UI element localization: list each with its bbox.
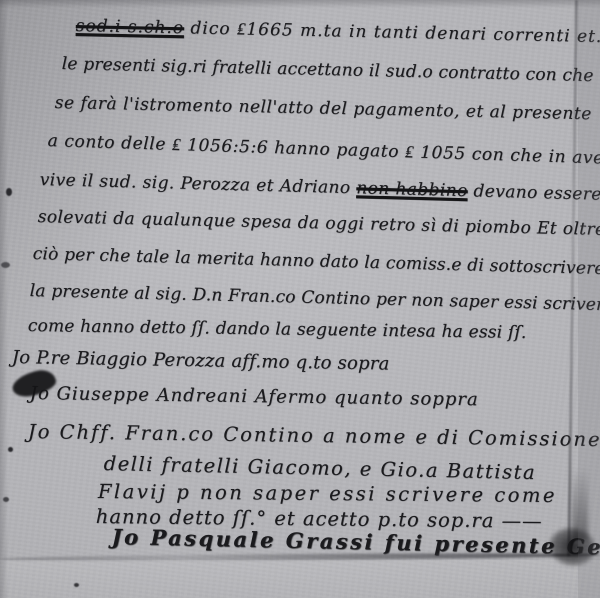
handwriting-text: devano essere — [467, 181, 600, 205]
handwriting-text: la presente al sig. D.n Fran.co Contino … — [30, 281, 600, 315]
manuscript-line: a conto delle ₤ 1056:5:6 hanno pagato ₤ … — [47, 131, 600, 168]
handwriting-text: Jo Giuseppe Andreani Afermo quanto soppr… — [30, 383, 479, 410]
manuscript-line: Jo Giuseppe Andreani Afermo quanto soppr… — [30, 383, 479, 410]
handwriting-text: come hanno detto ſſ. dando la seguente i… — [28, 316, 527, 343]
manuscript-line: la presente al sig. D.n Fran.co Contino … — [30, 281, 600, 315]
ink-speck — [6, 188, 12, 196]
handwriting-text: vive il sud. sig. Perozza et Adriano — [39, 170, 356, 198]
handwriting-text: le presenti sig.ri fratelli accettano il… — [62, 54, 594, 86]
manuscript-line: se farà l'istromento nell'atto del pagam… — [55, 93, 592, 124]
struck-text: sod.i s.ch.o — [76, 16, 185, 38]
manuscript-line: Jo Chff. Fran.co Contino a nome e di Com… — [28, 420, 600, 451]
ink-speck — [1, 262, 10, 268]
struck-text: non habbino — [356, 178, 468, 201]
handwriting-text: delli fratelli Giacomo, e Gio.a Battista — [104, 452, 537, 484]
manuscript-line: solevati da qualunque spesa da oggi retr… — [38, 207, 600, 240]
handwriting-text: dico ₤1665 m.ta in tanti denari correnti… — [184, 18, 600, 47]
handwriting-text: Jo P.re Biaggio Perozza aff.mo q.to sopr… — [12, 347, 390, 375]
manuscript-line: Jo P.re Biaggio Perozza aff.mo q.to sopr… — [12, 347, 390, 375]
manuscript-line: sod.i s.ch.o dico ₤1665 m.ta in tanti de… — [76, 16, 600, 47]
manuscript-line: le presenti sig.ri fratelli accettano il… — [62, 54, 594, 86]
manuscript-line: vive il sud. sig. Perozza et Adriano non… — [39, 170, 600, 205]
manuscript-line: come hanno detto ſſ. dando la seguente i… — [28, 316, 527, 343]
paper-edge-left — [0, 0, 8, 598]
manuscript-photo: sod.i s.ch.o dico ₤1665 m.ta in tanti de… — [0, 0, 600, 598]
handwriting-text: a conto delle ₤ 1056:5:6 hanno pagato ₤ … — [47, 131, 600, 168]
manuscript-line: delli fratelli Giacomo, e Gio.a Battista — [104, 452, 537, 484]
ink-speck — [74, 583, 79, 587]
handwriting-text: Jo Chff. Fran.co Contino a nome e di Com… — [28, 420, 600, 451]
paper-edge-top — [0, 0, 600, 8]
handwriting-text: solevati da qualunque spesa da oggi retr… — [38, 207, 600, 240]
ink-speck — [8, 447, 13, 452]
manuscript-line: Flavij p non saper essi scrivere come — [98, 480, 557, 507]
edge-ink-smear — [572, 468, 588, 540]
handwriting-text: Flavij p non saper essi scrivere come — [98, 480, 557, 507]
handwriting-text: se farà l'istromento nell'atto del pagam… — [55, 93, 592, 124]
below-fold-strip — [0, 560, 600, 598]
ink-speck — [3, 497, 9, 502]
manuscript-line: ciò per che tale la merita hanno dato la… — [32, 244, 600, 279]
handwriting-text: ciò per che tale la merita hanno dato la… — [32, 244, 600, 279]
